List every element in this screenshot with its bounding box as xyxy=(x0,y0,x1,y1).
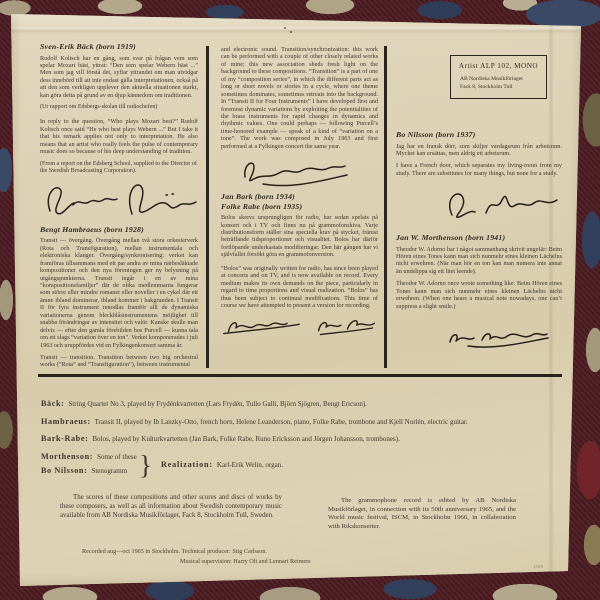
recorded-line: Recorded aug—oct 1965 in Stockholm. Tech… xyxy=(82,548,267,555)
credit-row-morthenson: Morthenson:Some of these xyxy=(41,452,137,461)
record-sleeve-back: Artist ALP 102, MONO AB Nordiska Musikfö… xyxy=(0,0,600,600)
back-english-paragraph: In reply to the question, “Who plays Moz… xyxy=(40,118,198,155)
morthenson-section: Jan W. Morthenson (born 1941) Theodor W.… xyxy=(396,233,562,315)
dust-speck xyxy=(290,31,292,33)
column-divider-left xyxy=(206,46,209,368)
credit-row-nilsson: Bo Nilsson:Stenogramm xyxy=(41,466,127,475)
credit-label: Morthenson: xyxy=(41,452,93,461)
nilsson-swedish-paragraph: Jag har en fransk dörr, som skiljer vard… xyxy=(396,143,562,158)
credit-row-hambraeus: Hambraeus:Transit II, played by Ib Lanzk… xyxy=(41,417,468,426)
supervision-line: Musical supervision: Harry Olt and Lenna… xyxy=(180,558,311,565)
bolos-signatures xyxy=(221,314,378,342)
credit-row-back: Bäck:String Quartet No 3, played by Fryd… xyxy=(41,399,367,408)
photo-stage: Artist ALP 102, MONO AB Nordiska Musikfö… xyxy=(0,0,600,600)
nilsson-section: Bo Nilsson (born 1937) Jag har en fransk… xyxy=(396,130,562,182)
catalog-number: Artist ALP 102, MONO xyxy=(451,62,546,70)
back-heading: Sven-Erik Bäck (born 1919) xyxy=(40,42,198,52)
hambraeus-english-paragraph-part1: Transit — transition. Transition between… xyxy=(40,354,198,369)
scores-paragraph: The scores of these compositions and oth… xyxy=(60,494,282,520)
signature-sven-erik-back xyxy=(42,181,202,221)
credit-row-bark-rabe: Bark-Rabe:Bolos, played by Kulturkvartet… xyxy=(41,434,400,443)
back-swedish-source: (Ur rapport om Edsbergs-skolan till radi… xyxy=(40,104,198,111)
back-swedish-paragraph: Rudolf Kolisch har en gång, som svar på … xyxy=(40,55,198,100)
bark-heading: Jan Bark (born 1934) xyxy=(221,192,378,202)
bolos-english-paragraph: “Bolos” was originally written for radio… xyxy=(221,265,378,310)
credit-label: Bäck: xyxy=(41,399,64,408)
signature-jan-w-morthenson xyxy=(440,322,552,354)
realization-label: Realization: xyxy=(161,460,213,469)
credit-label: Hambraeus: xyxy=(41,417,91,426)
column-middle: and electronic sound. Transition/synchro… xyxy=(221,46,378,342)
back-english-source: (From a report on the Edsberg School, su… xyxy=(40,161,198,175)
credit-text: Stenogramm xyxy=(91,467,127,475)
hambraeus-english-paragraph-part2: and electronic sound. Transition/synchro… xyxy=(221,46,378,150)
publisher-name: AB Nordiska Musikförlaget xyxy=(460,76,546,84)
nilsson-english-paragraph: I have a French door, which separates my… xyxy=(396,162,562,177)
column-divider-right xyxy=(384,46,387,368)
credit-text: String Quartet No 3, played by Frydénkva… xyxy=(68,400,366,408)
hambraeus-swedish-paragraph: Transit — övergång. Övergång mellan två … xyxy=(40,237,198,349)
column-left: Sven-Erik Bäck (born 1919) Rudolf Kolisc… xyxy=(40,42,198,374)
horizontal-rule xyxy=(38,374,562,377)
bolos-swedish-paragraph: Bolos skrevs ursprungligen för radio, ha… xyxy=(221,214,378,259)
publisher-address-line: Fack 8, Stockholm Tull xyxy=(460,84,546,92)
morthenson-english-paragraph: Theodor W. Adorno once wrote something l… xyxy=(396,280,562,310)
credit-text: Transit II, played by Ib Lanzky-Otto, fr… xyxy=(95,418,468,426)
print-code: 1509 xyxy=(533,564,543,569)
realization-text: Karl-Erik Welin, organ. xyxy=(217,461,283,469)
morthenson-swedish-paragraph: Theodor W. Adorno har i något sammanhang… xyxy=(396,246,562,276)
publisher-address: AB Nordiska Musikförlaget Fack 8, Stockh… xyxy=(460,76,546,92)
realization-line: Realization:Karl-Erik Welin, organ. xyxy=(161,460,283,469)
signature-bo-nilsson xyxy=(438,185,563,225)
credit-label: Bark-Rabe: xyxy=(41,434,88,443)
morthenson-heading: Jan W. Morthenson (born 1941) xyxy=(396,233,562,243)
grammophone-paragraph: The grammophone record is edited by AB N… xyxy=(328,497,516,531)
credit-label: Bo Nilsson: xyxy=(41,466,87,475)
credit-text: Bolos, played by Kulturkvartetten (Jan B… xyxy=(92,435,399,443)
rabe-heading: Folke Rabe (born 1935) xyxy=(221,202,378,212)
credit-text: Some of these xyxy=(97,453,137,461)
dust-speck xyxy=(284,27,286,29)
nilsson-heading: Bo Nilsson (born 1937) xyxy=(396,130,562,140)
signature-jan-bark xyxy=(221,314,303,342)
credits-brace: } xyxy=(139,450,152,480)
signature-bengt-hambraeus xyxy=(235,156,353,188)
catalog-box: Artist ALP 102, MONO AB Nordiska Musikfö… xyxy=(450,55,547,99)
hambraeus-heading: Bengt Hambraeus (born 1928) xyxy=(40,225,198,235)
signature-folke-rabe xyxy=(313,314,378,342)
